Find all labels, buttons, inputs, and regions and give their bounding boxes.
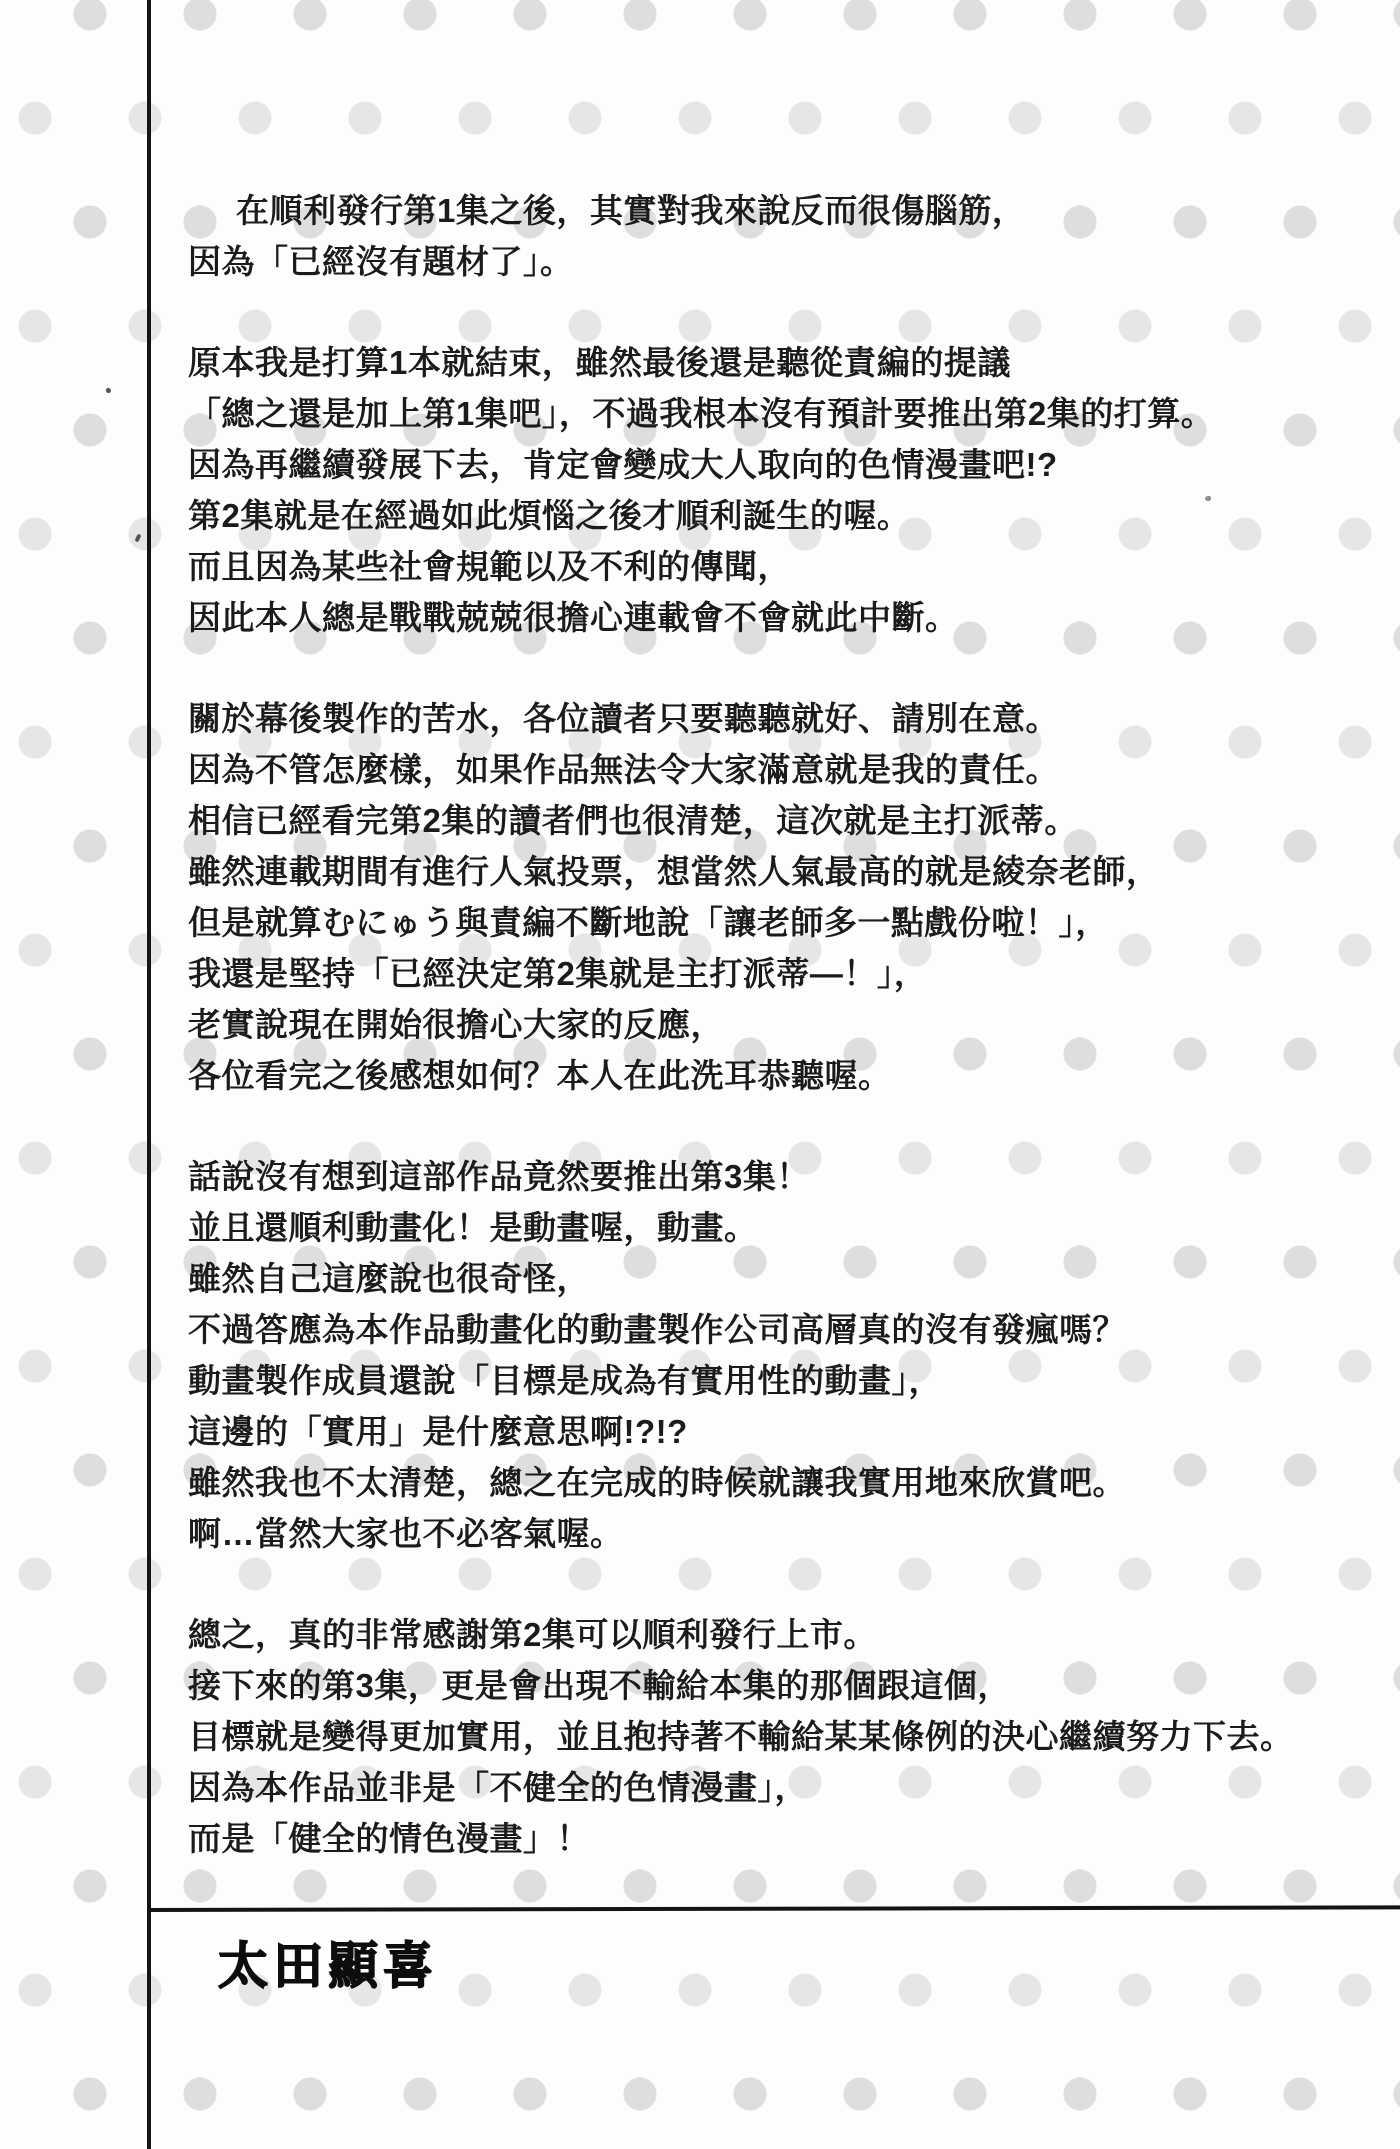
text-line: 而是「健全的情色漫畫」！ bbox=[188, 1813, 1298, 1864]
text-line: 雖然我也不太清楚，總之在完成的時候就讓我實用地來欣賞吧。 bbox=[188, 1457, 1298, 1508]
paragraph: 話說沒有想到這部作品竟然要推出第3集！並且還順利動畫化！是動畫喔，動畫。雖然自己… bbox=[188, 1151, 1298, 1559]
text-line: 我還是堅持「已經決定第2集就是主打派蒂—！」， bbox=[188, 948, 1298, 999]
text-line: 關於幕後製作的苦水，各位讀者只要聽聽就好、請別在意。 bbox=[188, 693, 1298, 744]
scan-speck bbox=[105, 387, 111, 393]
text-line: 各位看完之後感想如何？本人在此洗耳恭聽喔。 bbox=[188, 1050, 1298, 1101]
text-line: 啊…當然大家也不必客氣喔。 bbox=[188, 1508, 1298, 1559]
scanned-page: 在順利發行第1集之後，其實對我來說反而很傷腦筋，因為「已經沒有題材了」。原本我是… bbox=[0, 0, 1400, 2149]
text-line: 但是就算むにゅう與責編不斷地說「讓老師多一點戲份啦！」， bbox=[188, 897, 1298, 948]
text-line: 因為「已經沒有題材了」。 bbox=[188, 236, 1298, 287]
text-line: 雖然自己這麼說也很奇怪， bbox=[188, 1253, 1298, 1304]
text-line: 並且還順利動畫化！是動畫喔，動畫。 bbox=[188, 1202, 1298, 1253]
text-line: 因為本作品並非是「不健全的色情漫畫」， bbox=[188, 1762, 1298, 1813]
text-line: 雖然連載期間有進行人氣投票，想當然人氣最高的就是綾奈老師， bbox=[188, 846, 1298, 897]
text-line: 話說沒有想到這部作品竟然要推出第3集！ bbox=[188, 1151, 1298, 1202]
text-line: 接下來的第3集，更是會出現不輸給本集的那個跟這個， bbox=[188, 1660, 1298, 1711]
text-line: 目標就是變得更加實用，並且抱持著不輸給某某條例的決心繼續努力下去。 bbox=[188, 1711, 1298, 1762]
text-line: 這邊的「實用」是什麼意思啊!?!? bbox=[188, 1406, 1298, 1457]
text-line: 動畫製作成員還說「目標是成為有實用性的動畫」， bbox=[188, 1355, 1298, 1406]
text-line: 原本我是打算1本就結束，雖然最後還是聽從責編的提議 bbox=[188, 337, 1298, 388]
paragraph: 關於幕後製作的苦水，各位讀者只要聽聽就好、請別在意。因為不管怎麼樣，如果作品無法… bbox=[188, 693, 1298, 1101]
afterword-text: 在順利發行第1集之後，其實對我來說反而很傷腦筋，因為「已經沒有題材了」。原本我是… bbox=[188, 185, 1298, 1864]
paragraph: 原本我是打算1本就結束，雖然最後還是聽從責編的提議「總之還是加上第1集吧」，不過… bbox=[188, 337, 1298, 643]
text-line: 因此本人總是戰戰兢兢很擔心連載會不會就此中斷。 bbox=[188, 592, 1298, 643]
paragraph: 總之，真的非常感謝第2集可以順利發行上市。接下來的第3集，更是會出現不輸給本集的… bbox=[188, 1609, 1298, 1864]
text-line: 因為不管怎麼樣，如果作品無法令大家滿意就是我的責任。 bbox=[188, 744, 1298, 795]
text-line: 老實說現在開始很擔心大家的反應， bbox=[188, 999, 1298, 1050]
text-line: 第2集就是在經過如此煩惱之後才順利誕生的喔。 bbox=[188, 490, 1298, 541]
left-margin-rule bbox=[147, 0, 151, 2149]
author-signature: 太田顯喜 bbox=[218, 1938, 438, 1994]
text-line: 相信已經看完第2集的讀者們也很清楚，這次就是主打派蒂。 bbox=[188, 795, 1298, 846]
text-line: 因為再繼續發展下去，肯定會變成大人取向的色情漫畫吧!? bbox=[188, 439, 1298, 490]
text-line: 不過答應為本作品動畫化的動畫製作公司高層真的沒有發瘋嗎？ bbox=[188, 1304, 1298, 1355]
text-line: 「總之還是加上第1集吧」，不過我根本沒有預計要推出第2集的打算。 bbox=[188, 388, 1298, 439]
text-line: 總之，真的非常感謝第2集可以順利發行上市。 bbox=[188, 1609, 1298, 1660]
scan-speck bbox=[134, 534, 141, 543]
paragraph: 在順利發行第1集之後，其實對我來說反而很傷腦筋，因為「已經沒有題材了」。 bbox=[188, 185, 1298, 287]
footer-divider-rule bbox=[147, 1905, 1400, 1912]
text-line: 而且因為某些社會規範以及不利的傳聞， bbox=[188, 541, 1298, 592]
text-line: 在順利發行第1集之後，其實對我來說反而很傷腦筋， bbox=[188, 185, 1298, 236]
